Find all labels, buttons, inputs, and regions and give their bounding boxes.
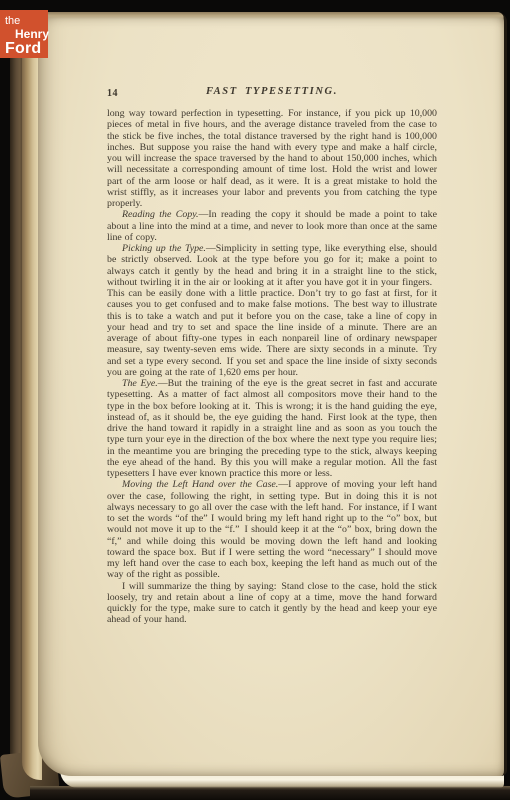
- logo-line-the: the: [5, 16, 48, 27]
- henry-ford-logo: the Henry Ford: [0, 10, 48, 58]
- paragraph: Moving the Left Hand over the Case.—I ap…: [107, 479, 437, 580]
- section-lead: Picking up the Type.: [122, 243, 206, 254]
- paragraph-text: long way toward perfection in typesettin…: [107, 108, 437, 209]
- logo-line-ford: Ford: [5, 41, 48, 57]
- paragraph: I will summarize the thing by saying: St…: [107, 581, 437, 626]
- paragraph: Picking up the Type.—Simplicity in setti…: [107, 243, 437, 378]
- paragraph-text: —But the training of the eye is the grea…: [107, 378, 437, 479]
- paragraph: Reading the Copy.—In reading the copy it…: [107, 209, 437, 243]
- paragraph: The Eye.—But the training of the eye is …: [107, 378, 437, 479]
- section-lead: The Eye.: [122, 378, 158, 389]
- paragraph-text: I will summarize the thing by saying: St…: [107, 581, 437, 626]
- logo-line-henry: Henry: [15, 28, 48, 40]
- book-bottom-edge: [30, 786, 510, 800]
- page-number: 14: [107, 88, 118, 99]
- section-lead: Reading the Copy.: [122, 209, 199, 220]
- body-text: long way toward perfection in typesettin…: [107, 108, 437, 626]
- running-header: FAST TYPESETTING.: [107, 86, 437, 97]
- paragraph-text: —I approve of moving your left hand over…: [107, 479, 437, 580]
- page-content: 14 FAST TYPESETTING. long way toward per…: [38, 12, 504, 776]
- paragraph-text: —Simplicity in setting type, like everyt…: [107, 243, 437, 378]
- page-header: 14 FAST TYPESETTING.: [107, 86, 437, 102]
- section-lead: Moving the Left Hand over the Case.: [122, 479, 278, 490]
- paragraph: long way toward perfection in typesettin…: [107, 108, 437, 209]
